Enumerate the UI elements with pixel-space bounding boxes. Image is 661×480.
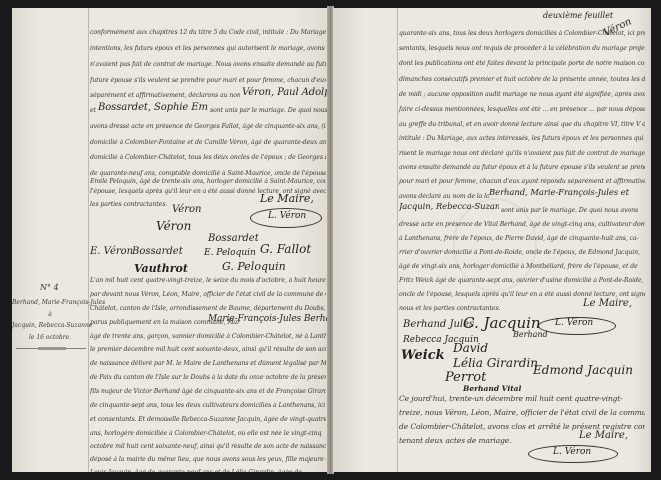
- text-line: domicilié à Colombier-Châtelot, tous les…: [90, 154, 326, 161]
- text-line: sont unis par le mariage. De quoi nous: [210, 107, 328, 114]
- text-line: L'an mil huit cent quatre-vingt-treize, …: [90, 277, 326, 284]
- signature: Berhand Vital: [463, 384, 521, 393]
- text-line: de midi ; aucune opposition audit mariag…: [399, 91, 645, 98]
- closing-line: treize, nous Véron, Léon, Maire, officie…: [399, 408, 645, 417]
- signature: G. Fallot: [260, 242, 311, 256]
- margin-groom: Berhand, Marie-François-Jules: [12, 299, 88, 306]
- text-line: n'avaient pas fait de contrat de mariage…: [90, 61, 326, 68]
- signature: Edmond Jacquin: [533, 363, 633, 377]
- text-line: intentions, les futurs époux et les pers…: [90, 45, 326, 52]
- signature: David: [453, 341, 488, 355]
- text-line: pour mari et pour femme, chacun d'eux ay…: [399, 178, 645, 185]
- signature: Véron: [172, 204, 201, 215]
- margin-rule: [397, 8, 398, 472]
- signature: E. Peloquin: [204, 248, 256, 258]
- text-line: Louis Jacquin, âgé de quarante-neuf ans …: [90, 469, 326, 472]
- text-line: les parties contractantes.: [90, 201, 170, 208]
- groom-name-act: Marie-François-Jules Berhand: [208, 314, 328, 324]
- text-line: intitulé : Du Mariage, aux actes intéres…: [399, 135, 645, 142]
- text-line: au greffe du tribunal, et en avoir donné…: [399, 121, 645, 128]
- text-line: Fritz Weick âgé de quarante-sept ans, ou…: [399, 277, 645, 284]
- text-line: nous et les parties contractantes.: [399, 305, 519, 312]
- text-line: dimanches consécutifs premier et huit oc…: [399, 76, 645, 83]
- bride-name: Bossardet, Sophie Emma Zélie: [98, 102, 208, 113]
- text-line: domicilié à Colombier-Fontaine et de Cam…: [90, 139, 326, 146]
- text-line: Châtelot, canton de l'Isle, arrondisseme…: [90, 305, 326, 312]
- text-line: avons déclaré au nom de la loi que: [399, 193, 489, 200]
- text-line: de naissance délivré par M. le Maire de …: [90, 360, 326, 367]
- text-line: dressé acte en présence de Vital Berhand…: [399, 221, 645, 228]
- closing-line: tenant deux actes de mariage.: [399, 436, 539, 445]
- text-line: faire ci-dessus mentionnées, lesquelles …: [399, 106, 645, 113]
- signature: Lélia Girardin: [453, 356, 538, 370]
- act-number: N° 4: [40, 283, 59, 292]
- bride-name: Jacquin, Rebecca-Suzanne: [399, 202, 499, 212]
- signature: Vauthrot: [134, 262, 188, 275]
- text-line: sont unis par le mariage. De quoi nous a…: [501, 207, 645, 214]
- text-line: séparément et affirmativement, déclarons…: [90, 92, 240, 99]
- text-line: avons dressé acte en présence de Georges…: [90, 123, 326, 130]
- signature: E. Véron: [90, 246, 133, 257]
- closing-maire-signature: L. Véron: [553, 447, 591, 457]
- margin-date: le 16 octobre.: [12, 334, 88, 341]
- text-line: le premier décembre mil huit cent soixan…: [90, 346, 326, 353]
- text-line: ans, horlogère domiciliée à Colombier-Ch…: [90, 430, 326, 437]
- text-line: de quarante-neuf ans, comptable domicili…: [90, 170, 326, 177]
- margin-rule: [88, 8, 89, 472]
- margin-bride: Jacquin, Rebecca-Suzanne: [12, 322, 88, 329]
- text-line: conformément aux chapitres 12 du titre 5…: [90, 29, 326, 36]
- text-line: par devant nous Véron, Léon, Maire, offi…: [90, 291, 326, 298]
- maire-label: Le Maire,: [260, 192, 314, 205]
- text-line: rrier d'ouvrier domicilié à Pont-de-Roid…: [399, 249, 645, 256]
- text-line: et consentants. Et demoiselle Rebecca-Su…: [90, 416, 326, 423]
- text-line: de cinquante-sept ans, tous les deux cul…: [90, 402, 326, 409]
- groom-name: Véron, Paul Adolphe: [242, 87, 328, 98]
- signature: Véron: [156, 219, 191, 233]
- maire-signature: L. Véron: [268, 211, 306, 221]
- text-line: Emile Peloquin, âgé de trente-six ans, h…: [90, 178, 326, 185]
- closing-maire-label: Le Maire,: [579, 430, 628, 441]
- text-line: et: [90, 107, 98, 114]
- signature: G. Peloquin: [222, 260, 286, 273]
- maire-signature: L. Véron: [555, 318, 593, 328]
- margin-connector: à: [12, 311, 88, 318]
- groom-name: Berhand, Marie-François-Jules et: [489, 188, 645, 198]
- signature: Bossardet: [208, 233, 259, 244]
- text-line: future épouse s'ils veulent se prendre p…: [90, 77, 326, 84]
- right-page: deuxième feuillet Véron quarante-six ans…: [333, 8, 651, 472]
- folio-header: deuxième feuillet: [543, 11, 613, 20]
- text-line: dont les publications ont été faites dev…: [399, 60, 645, 67]
- text-line: fils majeur de Victor Berhand âgé de cin…: [90, 388, 326, 395]
- text-line: âgé de trente ans, garçon, vannier domic…: [90, 333, 326, 340]
- text-line: sentants, lesquels nous ont requis de pr…: [399, 45, 645, 52]
- text-line: quarante-six ans, tous les deux horloger…: [399, 30, 645, 37]
- margin-separator-mark: [38, 347, 66, 350]
- text-line: avons ensuite demandé au futur époux et …: [399, 164, 645, 171]
- text-line: risent le mariage nous ont déclaré qu'il…: [399, 150, 645, 157]
- signature: Weick: [401, 348, 445, 363]
- signature: Berhand: [513, 330, 548, 339]
- text-line: de Paix du canton de l'Isle sur le Doubs…: [90, 374, 326, 381]
- closing-line: Ce jourd'hui, trente-un décembre mil hui…: [399, 394, 645, 403]
- signature: Perrot: [445, 370, 486, 385]
- text-line: octobre mil huit cent soixante-neuf, ain…: [90, 443, 326, 450]
- text-line: à Lanthenans, frère de l'époux, de Pierr…: [399, 235, 645, 242]
- left-page: conformément aux chapitres 12 du titre 5…: [12, 8, 328, 472]
- signature: Bossardet: [132, 246, 183, 257]
- text-line: déposé à la mairie du même lieu, que nou…: [90, 456, 326, 463]
- text-line: oncle de l'épouse, lesquels après qu'il …: [399, 291, 645, 298]
- text-line: âgé de vingt-six ans, horloger domicilié…: [399, 263, 645, 270]
- register-spread: conformément aux chapitres 12 du titre 5…: [0, 0, 661, 480]
- maire-label: Le Maire,: [583, 298, 632, 309]
